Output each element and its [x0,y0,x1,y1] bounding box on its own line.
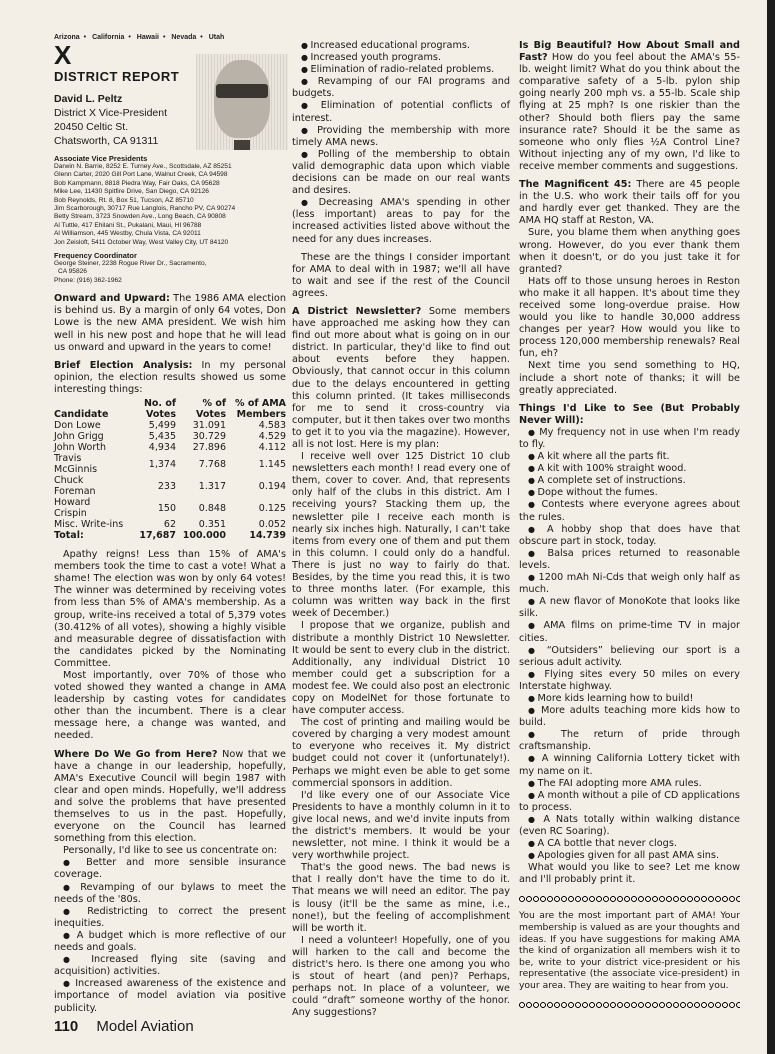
subhead: A District Newsletter? [292,306,421,317]
paragraph: Onward and Upward: The 1986 AMA election… [54,293,286,353]
bullet-item: Increased youth programs. [292,52,510,64]
cell: 0.052 [226,519,286,530]
table-row: Don Lowe5,49931.0914.583 [54,420,286,431]
cell: 30.729 [176,431,226,442]
subhead: Onward and Upward: [54,293,170,304]
paragraph: The Magnificent 45: There are 45 people … [519,179,740,227]
bullet-item: My frequency not in use when I'm ready t… [519,427,740,451]
associate-vp-entry: Bob Kampmann, 8818 Piedra Way, Fair Oaks… [54,180,286,188]
associate-vp-entry: Bob Reynolds, Rt. 8, Box 51, Tucson, AZ … [54,197,286,205]
subhead: The Magnificent 45: [519,179,631,190]
bullet-item: Balsa prices returned to reasonable leve… [519,548,740,572]
bullet-item: A month without a pile of CD application… [519,790,740,814]
bullet-item: A new flavor of MonoKote that looks like… [519,596,740,620]
cell: Travis McGinnis [54,453,126,475]
bullet-item: A kit where all the parts fit. [519,451,740,463]
frequency-coordinator-heading: Frequency Coordinator [54,251,286,260]
page-edge-shadow [767,0,775,1054]
paragraph: A District Newsletter? Some members have… [292,306,510,451]
paragraph: Brief Election Analysis: In my personal … [54,360,286,396]
column-3: Is Big Beautiful? How About Small and Fa… [519,40,740,1016]
page-footer: 110 Model Aviation [54,1018,194,1035]
article-body-col1: Onward and Upward: The 1986 AMA election… [54,293,286,396]
cell: 150 [126,497,176,519]
state-name: California [92,34,124,41]
bullet-item: Contests where everyone agrees about the… [519,499,740,523]
state-name: Nevada [171,34,196,41]
paragraph: The cost of printing and mailing would b… [292,717,510,790]
table-row: John Worth4,93427.8964.112 [54,442,286,453]
paragraph-text: Now that we have a change in our leaders… [54,749,286,845]
subhead: Brief Election Analysis: [54,360,192,371]
associate-vp-entry: Betty Stream, 3723 Snowden Ave., Long Be… [54,213,286,221]
state-name: Utah [209,34,225,41]
column-header: % of AMA Members [226,398,286,420]
bullet-item: A Nats totally within walking distance (… [519,814,740,838]
column-header: No. of Votes [126,398,176,420]
bullet-item: A winning California Lottery ticket with… [519,753,740,777]
table-row: Misc. Write-ins620.3510.052 [54,519,286,530]
cell: Total: [54,530,126,541]
cell: 17,687 [126,530,176,541]
cell: 4,934 [126,442,176,453]
cell: Howard Crispin [54,497,126,519]
associate-vp-entry: Glenn Carter, 2020 Gill Port Lane, Walnu… [54,171,286,179]
subhead: Where Do We Go from Here? [54,749,218,760]
states-list: Arizona• California• Hawaii• Nevada• Uta… [54,34,286,41]
paragraph: Next time you send something to HQ, incl… [519,360,740,396]
bullet-item: The FAI adopting more AMA rules. [519,778,740,790]
paragraph: Is Big Beautiful? How About Small and Fa… [519,40,740,173]
bullet-item: A budget which is more reflective of our… [54,930,286,954]
bullet-item: Increased educational programs. [292,40,510,52]
tie-shape [234,140,250,150]
bullet-item: Polling of the membership to obtain vali… [292,149,510,197]
column-header: Candidate [54,398,126,420]
associate-vp-entry: Al Williamson, 445 Westby, Chula Vista, … [54,230,286,238]
bullet-item: More kids learning how to build! [519,693,740,705]
cell: 1.317 [176,475,226,497]
cell: 62 [126,519,176,530]
squiggle-divider-top [519,894,740,904]
cell: 0.351 [176,519,226,530]
bullet-item: Apologies given for all past AMA sins. [519,850,740,862]
bullet-item: Providing the membership with more timel… [292,125,510,149]
associate-vp-entry: Jon Zeisloft, 5411 October Way, West Val… [54,239,286,247]
cell: Chuck Foreman [54,475,126,497]
cell: 14.739 [226,530,286,541]
fc-address-line: CA 95826 [54,268,286,276]
paragraph: I receive well over 125 District 10 club… [292,451,510,620]
paragraph: Things I'd Like to See (But Probably Nev… [519,403,740,427]
cell: 7.768 [176,453,226,475]
table-row: Travis McGinnis1,3747.7681.145 [54,453,286,475]
bullet-item: 1200 mAh Ni-Cds that weigh only half as … [519,572,740,596]
member-notice-box: You are the most important part of AMA! … [519,910,740,991]
face-shape [214,60,270,138]
cell: 233 [126,475,176,497]
cell: John Grigg [54,431,126,442]
bullet-item: Decreasing AMA's spending in other (less… [292,197,510,245]
paragraph: Sure, you blame them when anything goes … [519,227,740,275]
table-total-row: Total:17,687100.00014.739 [54,530,286,541]
cell: Misc. Write-ins [54,519,126,530]
frequency-coordinator-info: George Steiner, 2238 Rogue River Dr., Sa… [54,260,286,285]
paragraph: What would you like to see? Let me know … [519,862,740,886]
bullet-item: Increased awareness of the existence and… [54,978,286,1014]
associate-vp-list: Darwin N. Barrie, 8252 E. Turney Ave., S… [54,163,286,247]
cell: 27.896 [176,442,226,453]
table-header-row: Candidate No. of Votes % of Votes % of A… [54,398,286,420]
vice-president-photo [196,54,288,150]
glasses-shape [216,84,268,98]
cell: 5,435 [126,431,176,442]
cell: 0.194 [226,475,286,497]
article-body-col1-cont: Apathy reigns! Less than 15% of AMA's me… [54,549,286,1015]
cell: 100.000 [176,530,226,541]
fc-phone: Phone: (916) 362-1962 [54,277,286,285]
paragraph: Personally, I'd like to see us concentra… [54,845,286,857]
squiggle-divider-bottom [519,1000,740,1010]
paragraph: Most importantly, over 70% of those who … [54,670,286,743]
cell: 0.848 [176,497,226,519]
bullet-item: More adults teaching more kids how to bu… [519,705,740,729]
bullet-item: Dope without the fumes. [519,487,740,499]
page-number: 110 [54,1018,78,1035]
bullet-item: Redistricting to correct the present ine… [54,906,286,930]
paragraph: Apathy reigns! Less than 15% of AMA's me… [54,549,286,670]
election-results-table: Candidate No. of Votes % of Votes % of A… [54,398,286,541]
paragraph: These are the things I consider importan… [292,252,510,300]
bullet-item: Elimination of potential conflicts of in… [292,100,510,124]
magazine-page: Arizona• California• Hawaii• Nevada• Uta… [0,0,767,1054]
fc-address-line: George Steiner, 2238 Rogue River Dr., Sa… [54,260,286,268]
cell: Don Lowe [54,420,126,431]
table-row: John Grigg5,43530.7294.529 [54,431,286,442]
cell: 1,374 [126,453,176,475]
bullet-item: Elimination of radio-related problems. [292,64,510,76]
bullet-item: Revamping of our FAI programs and budget… [292,76,510,100]
state-name: Hawaii [137,34,159,41]
bullet-item: Better and more sensible insurance cover… [54,857,286,881]
cell: 4.112 [226,442,286,453]
column-1: Arizona• California• Hawaii• Nevada• Uta… [54,34,286,1015]
column-header: % of Votes [176,398,226,420]
bullet-item: A CA bottle that never clogs. [519,838,740,850]
paragraph-text: Some members have approached me asking h… [292,306,510,450]
bullet-item: Revamping of our bylaws to meet the need… [54,882,286,906]
paragraph: I'd like every one of our Associate Vice… [292,790,510,863]
paragraph: I need a volunteer! Hopefully, one of yo… [292,935,510,1020]
bullet-item: Flying sites every 50 miles on every Int… [519,669,740,693]
cell: 1.145 [226,453,286,475]
table-row: Howard Crispin1500.8480.125 [54,497,286,519]
paragraph-text: How do you feel about the AMA's 55-lb. w… [519,52,740,172]
bullet-item: Increased flying site (saving and acquis… [54,954,286,978]
bullet-item: A kit with 100% straight wood. [519,463,740,475]
cell: 0.125 [226,497,286,519]
column-2: Increased educational programs. Increase… [292,40,510,1020]
bullet-item: A hobby shop that does have that obscure… [519,524,740,548]
cell: 4.583 [226,420,286,431]
subhead: Things I'd Like to See (But Probably Nev… [519,403,740,426]
bullet-item: The return of pride through craftsmanshi… [519,729,740,753]
cell: John Worth [54,442,126,453]
associate-vp-entry: Darwin N. Barrie, 8252 E. Turney Ave., S… [54,163,286,171]
paragraph: Hats off to those unsung heroes in Resto… [519,276,740,361]
cell: 4.529 [226,431,286,442]
associate-vp-entry: Al Tuttle, 417 Ehilani St., Pukalani, Ma… [54,222,286,230]
paragraph: Where Do We Go from Here? Now that we ha… [54,749,286,846]
bullet-item: AMA films on prime-time TV in major citi… [519,620,740,644]
bullet-item: A complete set of instructions. [519,475,740,487]
table-row: Chuck Foreman2331.3170.194 [54,475,286,497]
paragraph: I propose that we organize, publish and … [292,620,510,717]
bullet-item: “Outsiders” believing our sport is a ser… [519,645,740,669]
magazine-name: Model Aviation [96,1018,193,1035]
associate-vp-entry: Mike Lee, 11430 Spitfire Drive, San Dieg… [54,188,286,196]
associate-vp-heading: Associate Vice Presidents [54,154,286,163]
cell: 5,499 [126,420,176,431]
associate-vp-entry: Jim Scarborough, 30717 Rue Langlois, Ran… [54,205,286,213]
cell: 31.091 [176,420,226,431]
paragraph: That's the good news. The bad news is th… [292,862,510,935]
